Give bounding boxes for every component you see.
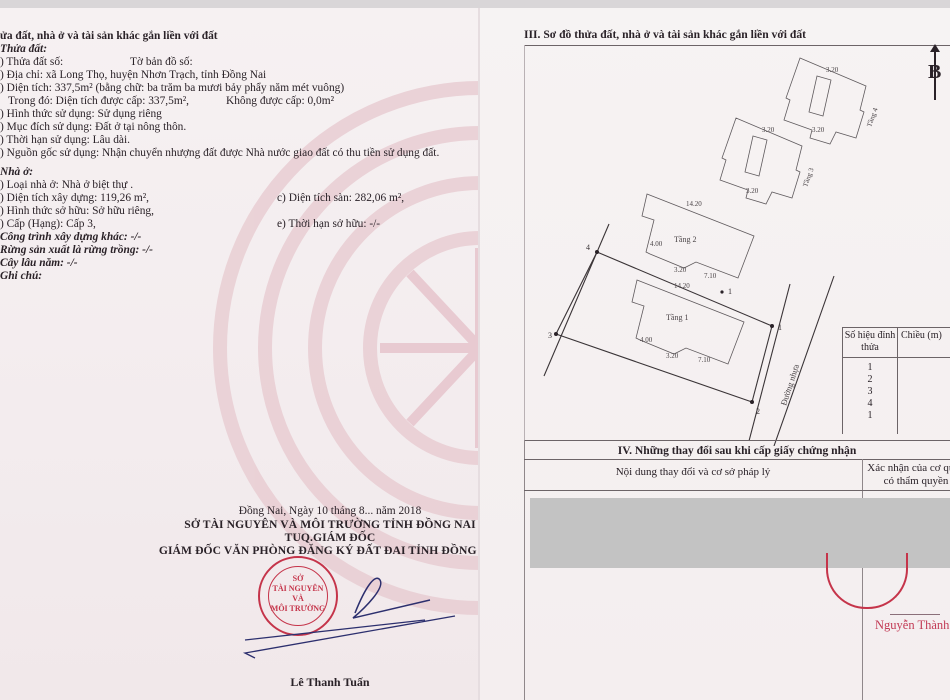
changes-confirm-header: Xác nhận của cơ quan có thẩm quyền [864,462,950,488]
north-arrow-icon: B [927,44,943,104]
changes-top-rule [524,440,950,441]
dimension-label: 3.20 [762,126,775,134]
signer-role: GIÁM ĐỐC VĂN PHÒNG ĐĂNG KÝ ĐẤT ĐAI TỈNH … [140,544,480,557]
floor-label: Tầng 3 [801,166,815,188]
dimension-label: 14.20 [674,282,690,290]
land-address: ) Địa chỉ: xã Long Thọ, huyện Nhơn Trạch… [0,69,266,82]
table-rule [842,327,950,328]
production-forest: Rừng sản xuất là rừng trồng: -/- [0,244,153,257]
land-heading: Thửa đất: [0,43,47,56]
diagram-title: III. Sơ đồ thửa đất, nhà ở và tài sản kh… [524,28,806,41]
right-page: III. Sơ đồ thửa đất, nhà ở và tài sản kh… [480,8,950,700]
house-heading: Nhà ở: [0,166,33,179]
road-label: Đường nhựa [778,363,801,407]
left-page: ửa đất, nhà ở và tài sản khác gắn liền v… [0,8,480,700]
vertex-table-header: Số hiệu đỉnh thửa [843,330,897,354]
dimension-label: 14.20 [686,200,702,208]
house-grade: ) Cấp (Hạng): Cấp 3, [0,218,96,231]
vertex-row: 1 [843,362,897,374]
vertex-row: 2 [843,374,897,386]
vertex-label: 3 [548,331,552,340]
table-rule [842,357,950,358]
authority-stamp-icon [826,553,908,609]
length-table-header: Chiều (m) [901,330,950,342]
tuq-director: TUQ.GIÁM ĐỐC [150,531,480,544]
floor-area: c) Diện tích sàn: 282,06 m², [277,192,404,205]
floor-label: Tầng 1 [666,313,688,322]
dimension-label: 3.20 [826,66,839,74]
place-date: Đồng Nai, Ngày 10 tháng 8... năm 2018 [150,505,480,518]
section-title: ửa đất, nhà ở và tài sản khác gắn liền v… [0,30,218,43]
vertex-label: 2 [756,407,760,416]
changes-header-rule [524,459,950,460]
vertex-label: 1 [778,323,782,332]
construction-area: ) Diện tích xây dựng: 119,26 m², [0,192,149,205]
usage-form: ) Hình thức sử dụng: Sử dụng riêng [0,108,162,121]
dimension-label: 3.20 [746,187,759,195]
dimension-label: 7.10 [704,272,717,280]
perennial-trees: Cây lâu năm: -/- [0,257,78,270]
area-not-granted: Không được cấp: 0,0m² [226,95,334,108]
authority-signer-name: Nguyễn Thành [875,619,949,632]
signature-rule [890,614,940,615]
usage-origin: ) Nguồn gốc sử dụng: Nhận chuyển nhượng … [0,147,439,160]
changes-body-rule [524,490,950,491]
other-construction: Công trình xây dựng khác: -/- [0,231,141,244]
changes-content-header: Nội dung thay đổi và cơ sở pháp lý [524,466,862,479]
ownership-form: ) Hình thức sở hữu: Sở hữu riêng, [0,205,154,218]
floor-label: Tầng 4 [865,106,879,128]
dimension-label: 4.00 [640,336,653,344]
dimension-label: 4.00 [650,240,663,248]
vertex-row: 4 [843,398,897,410]
land-area: ) Diện tích: 337,5m² (bằng chữ: ba trăm … [0,82,344,95]
area-granted: Trong đó: Diện tích được cấp: 337,5m², [8,95,189,108]
issuing-org: SỞ TÀI NGUYÊN VÀ MÔI TRƯỜNG TỈNH ĐỒNG NA… [150,518,480,531]
signer-name: Lê Thanh Tuấn [150,676,480,689]
dimension-label: 3.20 [812,126,825,134]
north-label: B [928,62,941,82]
dimension-label: 3.20 [674,266,687,274]
dimension-label: 3.20 [666,352,679,360]
vertex-row: 1 [843,410,897,422]
vertex-row: 3 [843,386,897,398]
table-rule [897,327,898,434]
vertex-label: 4 [586,243,590,252]
usage-term: ) Thời hạn sử dụng: Lâu dài. [0,134,130,147]
map-sheet-label: Tờ bản đồ số: [130,56,193,69]
changes-title: IV. Những thay đổi sau khi cấp giấy chứn… [524,444,950,457]
ownership-term: e) Thời hạn sở hữu: -/- [277,218,380,231]
floor-label: Tầng 2 [674,235,696,244]
usage-purpose: ) Mục đích sử dụng: Đất ở tại nông thôn. [0,121,186,134]
changes-left-rule [524,440,525,700]
vertex-label: 1 [728,287,732,296]
signature-icon [225,568,465,663]
top-edge [0,0,950,8]
notes-heading: Ghi chú: [0,270,42,283]
dimension-label: 7.10 [698,356,711,364]
parcel-number-label: ) Thửa đất số: [0,56,63,69]
house-type: ) Loại nhà ở: Nhà ở biệt thự . [0,179,133,192]
